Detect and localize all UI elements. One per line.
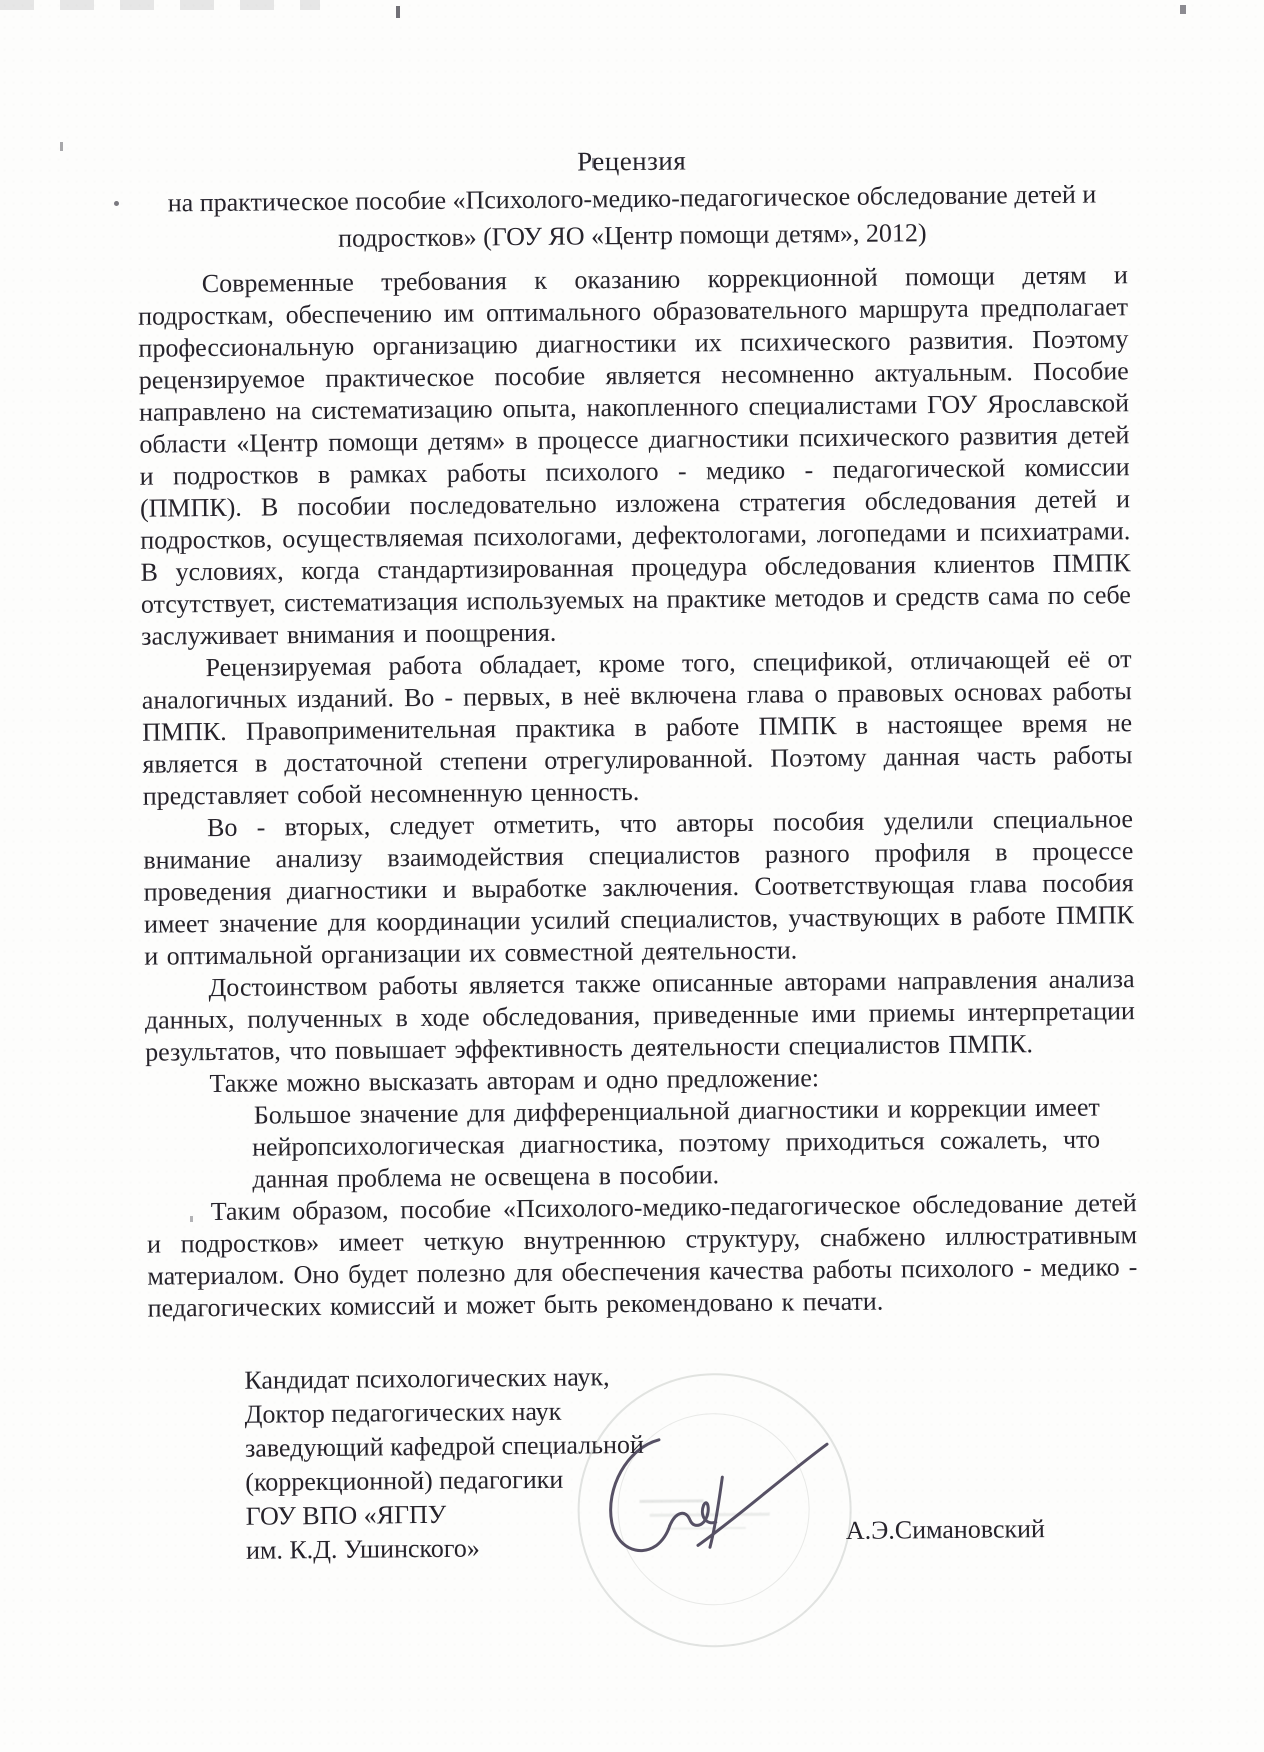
scanned-review-page: Рецензия на практическое пособие «Психол…	[0, 0, 1264, 1752]
signature-ink	[597, 1424, 838, 1576]
credential-line: Кандидат психологических наук,	[244, 1360, 643, 1398]
document-body: Современные требования к оказанию коррек…	[138, 259, 1138, 1324]
credential-line: Доктор педагогических наук	[245, 1394, 644, 1432]
paragraph-merits: Достоинством работы является также описа…	[144, 963, 1135, 1068]
paragraph-secondly: Во - вторых, следует отметить, что автор…	[143, 803, 1134, 972]
signer-name: А.Э.Симановский	[846, 1514, 1045, 1546]
review-document: Рецензия на практическое пособие «Психол…	[0, 0, 1264, 1696]
credential-line: заведующий кафедрой специальной	[245, 1428, 644, 1466]
paragraph-intro: Современные требования к оказанию коррек…	[138, 259, 1132, 652]
paragraph-specifics: Рецензируемая работа обладает, кроме тог…	[141, 643, 1132, 812]
document-subtitle: на практическое пособие «Психолого-медик…	[137, 175, 1128, 258]
paragraph-suggestion: Большое значение для дифференциальной ди…	[252, 1092, 1101, 1196]
paragraph-conclusion: Таким образом, пособие «Психолого-медико…	[147, 1187, 1138, 1324]
signature-area: Кандидат психологических наук, Доктор пе…	[148, 1355, 1141, 1694]
